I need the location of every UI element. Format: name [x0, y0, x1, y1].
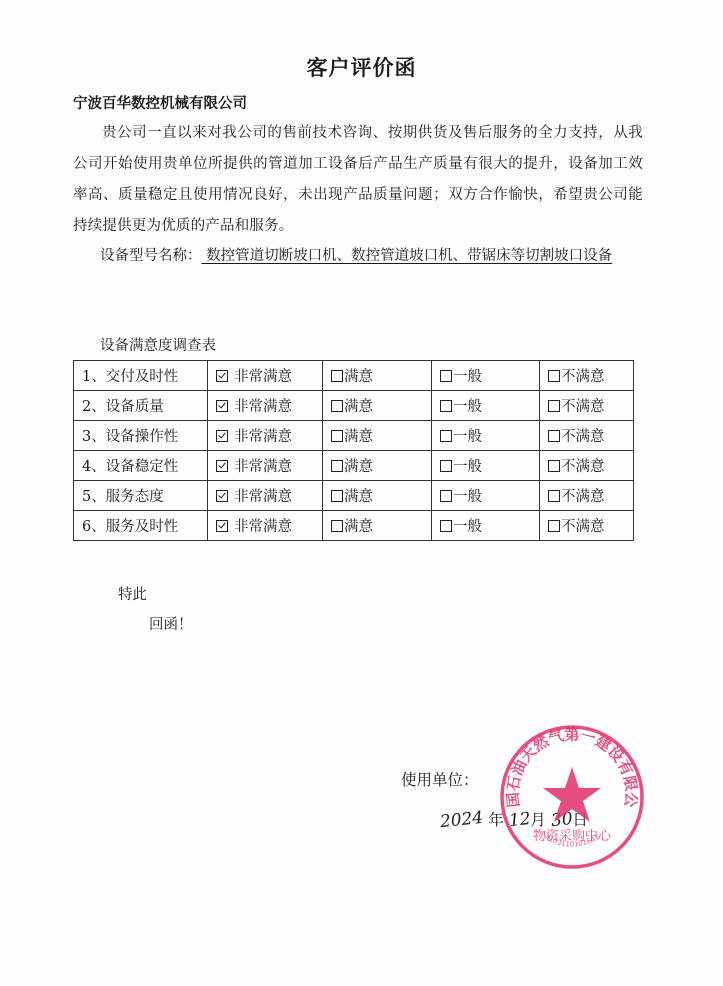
body-paragraph: 贵公司一直以来对我公司的售前技术咨询、按期供货及售后服务的全力支持，从我公司开始… [73, 118, 643, 242]
option-label: 满意 [344, 369, 373, 385]
checkbox-icon[interactable] [548, 370, 560, 382]
survey-label: 设备满意度调查表 [100, 334, 216, 355]
option-label: 一般 [453, 399, 482, 415]
survey-option[interactable]: 非常满意 [208, 421, 323, 451]
recipient-company: 宁波百华数控机械有限公司 [73, 92, 247, 113]
checked-box-icon[interactable] [216, 520, 228, 532]
checkbox-icon[interactable] [440, 520, 452, 532]
checkbox-icon[interactable] [331, 400, 343, 412]
survey-item: 6、服务及时性 [74, 511, 208, 541]
equipment-label: 设备型号名称： [100, 248, 202, 264]
option-label: 不满意 [561, 489, 605, 505]
closing-line-2: 回函！ [149, 613, 193, 634]
option-label: 不满意 [561, 429, 605, 445]
survey-option[interactable]: 一般 [432, 511, 540, 541]
survey-option[interactable]: 一般 [432, 421, 540, 451]
table-row: 5、服务态度非常满意满意一般不满意 [74, 481, 634, 511]
option-label: 非常满意 [234, 489, 292, 505]
checked-box-icon[interactable] [216, 400, 228, 412]
option-label: 非常满意 [234, 459, 292, 475]
option-label: 不满意 [561, 369, 605, 385]
option-label: 非常满意 [234, 519, 292, 535]
survey-option[interactable]: 一般 [432, 391, 540, 421]
option-label: 一般 [453, 519, 482, 535]
survey-option[interactable]: 非常满意 [208, 361, 323, 391]
checkbox-icon[interactable] [548, 520, 560, 532]
survey-option[interactable]: 满意 [323, 481, 432, 511]
document-title: 客户评价函 [0, 52, 723, 82]
survey-option[interactable]: 非常满意 [208, 481, 323, 511]
survey-item: 4、设备稳定性 [74, 451, 208, 481]
survey-option[interactable]: 不满意 [540, 391, 634, 421]
company-seal-icon: 中国石油天然气第一建设有限公司 物资采购中心 4103110101641 [497, 722, 647, 872]
option-label: 不满意 [561, 399, 605, 415]
signer-label: 使用单位： [401, 768, 479, 790]
survey-option[interactable]: 非常满意 [208, 511, 323, 541]
checkbox-icon[interactable] [548, 430, 560, 442]
survey-option[interactable]: 满意 [323, 511, 432, 541]
survey-item: 5、服务态度 [74, 481, 208, 511]
survey-option[interactable]: 不满意 [540, 451, 634, 481]
survey-option[interactable]: 一般 [432, 451, 540, 481]
option-label: 满意 [344, 519, 373, 535]
survey-item: 2、设备质量 [74, 391, 208, 421]
survey-option[interactable]: 不满意 [540, 511, 634, 541]
checkbox-icon[interactable] [440, 400, 452, 412]
equipment-line: 设备型号名称： 数控管道切断坡口机、数控管道坡口机、带锯床等切割坡口设备 [100, 241, 645, 272]
table-row: 2、设备质量非常满意满意一般不满意 [74, 391, 634, 421]
checked-box-icon[interactable] [216, 370, 228, 382]
survey-option[interactable]: 不满意 [540, 421, 634, 451]
survey-option[interactable]: 满意 [323, 451, 432, 481]
option-label: 一般 [453, 429, 482, 445]
checkbox-icon[interactable] [548, 490, 560, 502]
survey-option[interactable]: 不满意 [540, 481, 634, 511]
option-label: 满意 [344, 399, 373, 415]
option-label: 一般 [453, 369, 482, 385]
option-label: 满意 [344, 459, 373, 475]
closing-line-1: 特此 [118, 583, 147, 604]
option-label: 非常满意 [234, 399, 292, 415]
survey-option[interactable]: 非常满意 [208, 391, 323, 421]
survey-option[interactable]: 不满意 [540, 361, 634, 391]
survey-option[interactable]: 一般 [432, 481, 540, 511]
equipment-value: 数控管道切断坡口机、数控管道坡口机、带锯床等切割坡口设备 [202, 248, 613, 264]
option-label: 满意 [344, 429, 373, 445]
table-row: 6、服务及时性非常满意满意一般不满意 [74, 511, 634, 541]
table-row: 4、设备稳定性非常满意满意一般不满意 [74, 451, 634, 481]
checkbox-icon[interactable] [548, 460, 560, 472]
checkbox-icon[interactable] [331, 370, 343, 382]
option-label: 一般 [453, 489, 482, 505]
option-label: 一般 [453, 459, 482, 475]
checkbox-icon[interactable] [440, 490, 452, 502]
option-label: 不满意 [561, 459, 605, 475]
option-label: 满意 [344, 489, 373, 505]
survey-item: 3、设备操作性 [74, 421, 208, 451]
checkbox-icon[interactable] [440, 460, 452, 472]
survey-option[interactable]: 满意 [323, 421, 432, 451]
survey-option[interactable]: 非常满意 [208, 451, 323, 481]
body-text: 贵公司一直以来对我公司的售前技术咨询、按期供货及售后服务的全力支持，从我公司开始… [73, 118, 643, 242]
checked-box-icon[interactable] [216, 490, 228, 502]
table-row: 1、交付及时性非常满意满意一般不满意 [74, 361, 634, 391]
satisfaction-table: 1、交付及时性非常满意满意一般不满意2、设备质量非常满意满意一般不满意3、设备操… [73, 360, 634, 541]
survey-option[interactable]: 一般 [432, 361, 540, 391]
checkbox-icon[interactable] [331, 520, 343, 532]
survey-option[interactable]: 满意 [323, 391, 432, 421]
checkbox-icon[interactable] [440, 430, 452, 442]
checkbox-icon[interactable] [331, 490, 343, 502]
checkbox-icon[interactable] [440, 370, 452, 382]
checkbox-icon[interactable] [331, 430, 343, 442]
option-label: 不满意 [561, 519, 605, 535]
survey-item: 1、交付及时性 [74, 361, 208, 391]
handwritten-year: 2024 [439, 808, 484, 832]
option-label: 非常满意 [234, 369, 292, 385]
checked-box-icon[interactable] [216, 460, 228, 472]
table-row: 3、设备操作性非常满意满意一般不满意 [74, 421, 634, 451]
checked-box-icon[interactable] [216, 430, 228, 442]
survey-option[interactable]: 满意 [323, 361, 432, 391]
checkbox-icon[interactable] [331, 460, 343, 472]
checkbox-icon[interactable] [548, 400, 560, 412]
option-label: 非常满意 [234, 429, 292, 445]
